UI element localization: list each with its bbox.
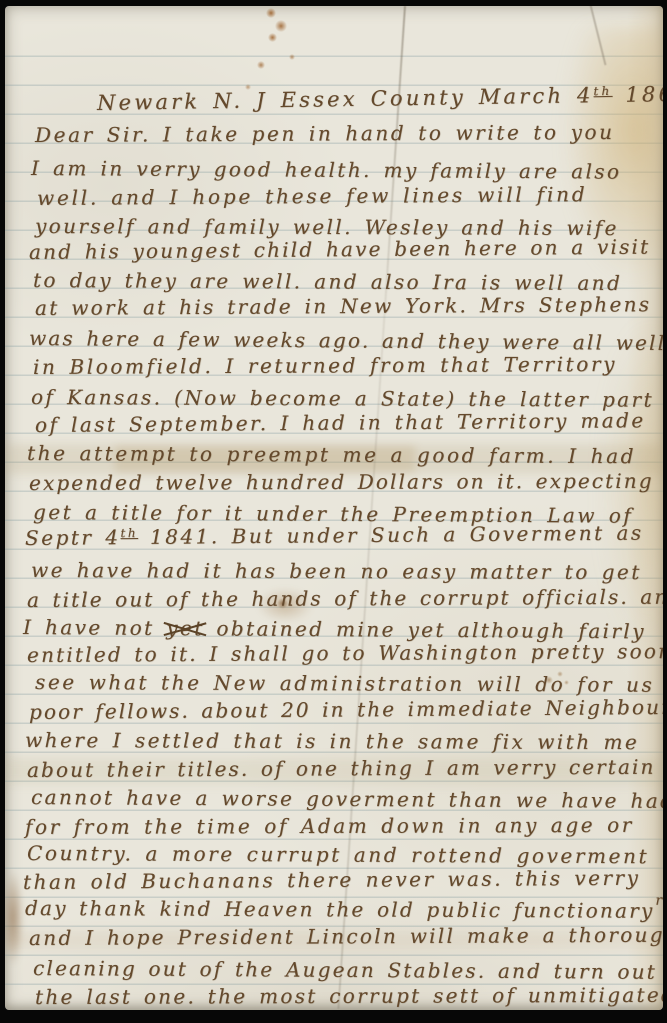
letter-line: poor fellows. about 20 in the immediate … bbox=[29, 695, 663, 724]
letter-line: where I settled that is in the same fix … bbox=[25, 728, 639, 754]
corner-crease bbox=[590, 6, 607, 65]
struck-word: yet bbox=[166, 616, 205, 640]
foxing-dot bbox=[275, 20, 287, 32]
letter-line: than old Buchanans there never was. this… bbox=[23, 866, 641, 894]
line-text: day thank kind Heaven the old public fun… bbox=[25, 896, 654, 923]
letter-line: Dear Sir. I take pen in hand to write to… bbox=[35, 120, 615, 147]
line-text: Newark N. J Essex County March 4 bbox=[97, 83, 594, 115]
letter-line: about their titles. of one thing I am ve… bbox=[27, 754, 663, 782]
letter-line: the attempt to preempt me a good farm. I… bbox=[27, 441, 636, 468]
letter-line: in Bloomfield. I returned from that Terr… bbox=[33, 352, 617, 379]
line-text: poor fellows. about 20 in the immediate … bbox=[29, 695, 663, 724]
letter-line: of Kansas. (Now become a State) the latt… bbox=[31, 385, 654, 412]
line-text: 1861 bbox=[612, 82, 663, 107]
letter-line: entitled to it. I shall go to Washington… bbox=[27, 639, 663, 667]
letter-line: day thank kind Heaven the old public fun… bbox=[25, 896, 663, 923]
letter-line: we have had it has been no easy matter t… bbox=[31, 558, 642, 584]
foxing-dot bbox=[257, 61, 265, 69]
letter-line: and I hope President Lincoln will make a… bbox=[29, 923, 663, 950]
scanned-letter: Newark N. J Essex County March 4th 1861 … bbox=[0, 0, 667, 1023]
letter-line: cannot have a worse goverment than we ha… bbox=[31, 785, 663, 813]
letter-line: expended twelve hundred Dollars on it. e… bbox=[29, 469, 663, 495]
letter-line: Septr 4th 1841. But under Such a Goverme… bbox=[25, 521, 644, 550]
letter-line: cleaning out of the Augean Stables. and … bbox=[33, 956, 663, 984]
letter-line: well. and I hope these few lines will fi… bbox=[37, 182, 588, 210]
foxing-dot bbox=[268, 33, 277, 42]
line-text: I have not bbox=[23, 615, 166, 640]
letter-line: for from the time of Adam down in any ag… bbox=[25, 813, 634, 839]
letter-line: at work at his trade in New York. Mrs St… bbox=[35, 292, 651, 320]
inserted-word: retires bbox=[655, 893, 663, 909]
letter-line: was here a few weeks ago. and they were … bbox=[29, 326, 663, 355]
letter-line: of last September. I had in that Territo… bbox=[35, 408, 646, 437]
letter-line: Country. a more currupt and rottend gove… bbox=[27, 841, 649, 868]
letter-line: a title out of the hands of the corrupt … bbox=[27, 585, 663, 612]
letter-line: and his youngest child have been here on… bbox=[29, 235, 651, 264]
line-text: 1841. But under Such a Goverment as bbox=[138, 521, 644, 549]
letter-line: I am in verry good health. my family are… bbox=[31, 156, 622, 184]
foxing-dot bbox=[289, 54, 295, 60]
letter-line: to day they are well. and also Ira is we… bbox=[33, 268, 622, 295]
superscript-th: th bbox=[593, 84, 612, 98]
edge-smudge bbox=[5, 872, 23, 964]
superscript-th: th bbox=[120, 526, 138, 540]
letter-line: see what the New administration will do … bbox=[35, 670, 654, 697]
line-text: Septr 4 bbox=[25, 525, 121, 550]
letter-line: the last one. the most corrupt sett of u… bbox=[35, 983, 663, 1009]
paper-sheet: Newark N. J Essex County March 4th 1861 … bbox=[5, 6, 663, 1010]
foxing-dot bbox=[266, 8, 276, 18]
letter-line: Newark N. J Essex County March 4th 1861 bbox=[97, 82, 663, 115]
